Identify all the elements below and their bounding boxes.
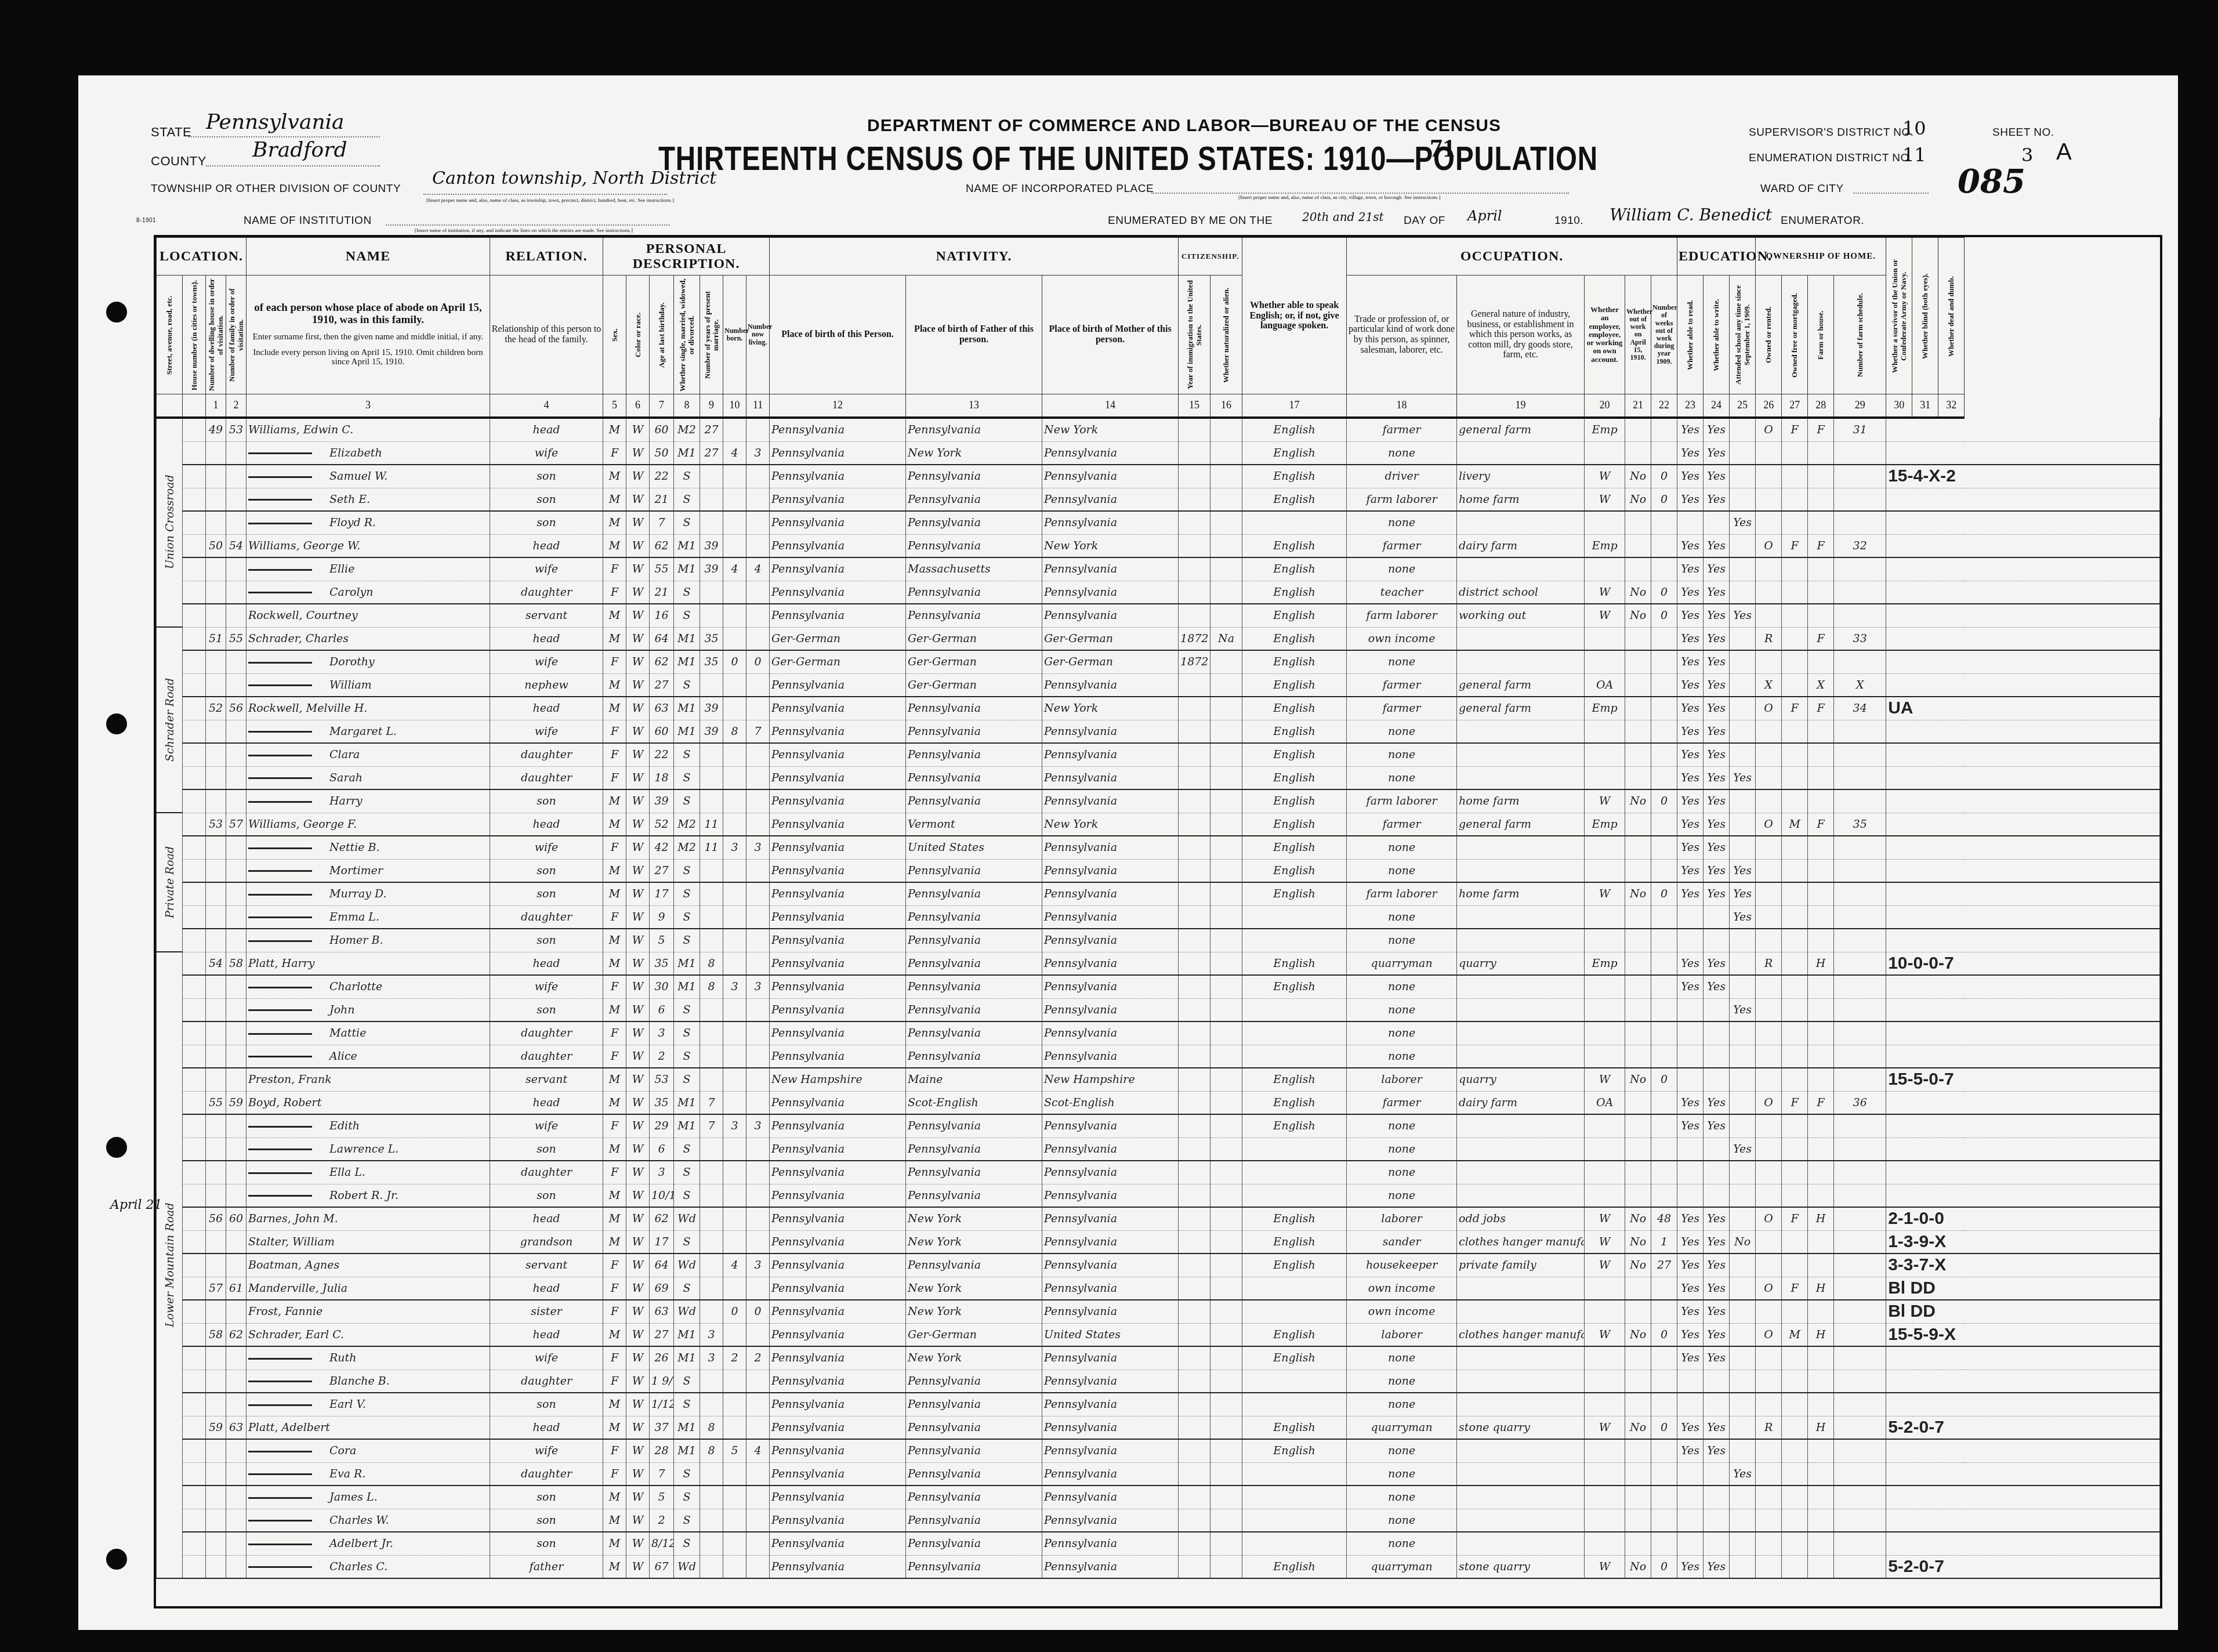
fh-cell: H	[1808, 1207, 1834, 1230]
read-cell: Yes	[1677, 1230, 1704, 1254]
person-name: Platt, Harry	[247, 952, 490, 975]
table-row: Eva R.daughterFW7SPennsylvaniaPennsylvan…	[157, 1462, 2160, 1486]
sched-cell	[1834, 1509, 1886, 1532]
marital-cell: S	[674, 743, 700, 766]
yrs-cell: 8	[700, 1416, 723, 1439]
nat-cell	[1211, 1509, 1242, 1532]
race-cell: W	[626, 1486, 650, 1509]
bp-cell: Pennsylvania	[770, 766, 906, 789]
sched-cell: X	[1834, 673, 1886, 697]
column-number	[157, 394, 183, 418]
house-number-cell	[183, 1300, 206, 1323]
sch-cell	[1730, 581, 1756, 604]
bpm-cell: New York	[1042, 697, 1179, 720]
bp-cell: Pennsylvania	[770, 1207, 906, 1230]
write-cell: Yes	[1704, 1091, 1730, 1114]
house-number-cell	[183, 581, 206, 604]
house-number-cell	[183, 673, 206, 697]
tally-cell	[1886, 418, 2160, 441]
tally-cell	[1886, 1532, 2160, 1555]
lang-cell	[1242, 1277, 1347, 1300]
bpf-cell: Maine	[906, 1068, 1042, 1091]
trade-cell: none	[1347, 650, 1457, 673]
age-cell: 62	[650, 650, 674, 673]
write-cell: Yes	[1704, 673, 1730, 697]
bpf-cell: Pennsylvania	[906, 1137, 1042, 1161]
fh-cell	[1808, 1184, 1834, 1207]
write-cell: Yes	[1704, 1207, 1730, 1230]
read-cell: Yes	[1677, 697, 1704, 720]
marital-cell: M1	[674, 534, 700, 557]
bpf-cell: Pennsylvania	[906, 581, 1042, 604]
oow-cell: No	[1625, 789, 1651, 813]
living-cell: 7	[746, 720, 770, 743]
read-cell	[1677, 1486, 1704, 1509]
oow-cell	[1625, 1161, 1651, 1184]
sch-cell	[1730, 1207, 1756, 1230]
race-cell: W	[626, 1346, 650, 1370]
table-row: 5862Schrader, Earl C.headMW27M13Pennsylv…	[157, 1323, 2160, 1346]
own-cell	[1756, 465, 1782, 488]
emp-cell	[1585, 441, 1625, 465]
bp-cell: Pennsylvania	[770, 836, 906, 859]
sch-cell	[1730, 975, 1756, 998]
lang-cell	[1242, 1486, 1347, 1509]
sex-cell: M	[603, 882, 626, 905]
read-cell	[1677, 1021, 1704, 1045]
race-cell: W	[626, 766, 650, 789]
industry-cell	[1457, 998, 1585, 1021]
living-cell	[746, 882, 770, 905]
yrs-cell: 27	[700, 441, 723, 465]
person-name: Margaret L.	[247, 720, 490, 743]
oow-cell: No	[1625, 465, 1651, 488]
fh-cell	[1808, 1346, 1834, 1370]
family-cell: 53	[226, 418, 247, 441]
dwelling-cell	[206, 1254, 226, 1277]
industry-cell	[1457, 557, 1585, 581]
family-cell: 63	[226, 1416, 247, 1439]
born-cell	[723, 1462, 746, 1486]
industry-cell	[1457, 836, 1585, 859]
family-cell	[226, 1346, 247, 1370]
yrs-cell: 35	[700, 627, 723, 650]
imm-cell	[1179, 766, 1211, 789]
emp-cell: W	[1585, 1323, 1625, 1346]
age-cell: 69	[650, 1277, 674, 1300]
person-name: Blanche B.	[247, 1370, 490, 1393]
house-number-cell	[183, 789, 206, 813]
yrs-cell	[700, 1230, 723, 1254]
fh-cell: F	[1808, 627, 1834, 650]
trade-cell: none	[1347, 1346, 1457, 1370]
imm-cell	[1179, 697, 1211, 720]
dwelling-cell	[206, 488, 226, 511]
write-cell: Yes	[1704, 1114, 1730, 1137]
read-cell	[1677, 1532, 1704, 1555]
column-number: 9	[700, 394, 723, 418]
nat-cell	[1211, 1393, 1242, 1416]
dwelling-cell	[206, 929, 226, 952]
family-cell: 61	[226, 1277, 247, 1300]
sched-cell	[1834, 882, 1886, 905]
table-row: Earl V.sonMW1/12SPennsylvaniaPennsylvani…	[157, 1393, 2160, 1416]
emp-cell	[1585, 766, 1625, 789]
ditto-dash	[248, 1009, 312, 1011]
binder-hole	[106, 1549, 127, 1570]
form-code: 8-1901	[136, 218, 156, 224]
trade-cell: teacher	[1347, 581, 1457, 604]
bpm-cell: New York	[1042, 813, 1179, 836]
fh-cell	[1808, 1114, 1834, 1137]
sex-cell: M	[603, 1230, 626, 1254]
nat-cell	[1211, 836, 1242, 859]
tally-cell	[1886, 650, 2160, 673]
given-name: Lawrence L.	[329, 1143, 398, 1155]
table-row: Nettie B.wifeFW42M21133PennsylvaniaUnite…	[157, 836, 2160, 859]
lang-cell	[1242, 1021, 1347, 1045]
nat-cell	[1211, 1439, 1242, 1462]
bp-cell: Pennsylvania	[770, 418, 906, 441]
lang-cell: English	[1242, 766, 1347, 789]
sched-cell: 33	[1834, 627, 1886, 650]
write-cell	[1704, 1532, 1730, 1555]
sched-cell	[1834, 1416, 1886, 1439]
write-cell: Yes	[1704, 952, 1730, 975]
page-title: THIRTEENTH CENSUS OF THE UNITED STATES: …	[658, 139, 1598, 178]
yrs-cell	[700, 673, 723, 697]
industry-cell	[1457, 1045, 1585, 1068]
nat-cell	[1211, 1045, 1242, 1068]
emp-cell	[1585, 1393, 1625, 1416]
trade-cell: none	[1347, 859, 1457, 882]
emp-cell	[1585, 1184, 1625, 1207]
house-number-cell	[183, 441, 206, 465]
ditto-dash	[248, 894, 312, 896]
read-cell: Yes	[1677, 627, 1704, 650]
given-name: Mattie	[329, 1027, 366, 1039]
person-name: Cora	[247, 1439, 490, 1462]
write-cell: Yes	[1704, 1555, 1730, 1578]
sex-cell: M	[603, 604, 626, 627]
sex-cell: M	[603, 1323, 626, 1346]
bp-cell: Pennsylvania	[770, 998, 906, 1021]
tally-cell	[1886, 1393, 2160, 1416]
race-cell: W	[626, 1439, 650, 1462]
given-name: George F.	[303, 818, 357, 831]
fh-cell: H	[1808, 1323, 1834, 1346]
industry-cell: working out	[1457, 604, 1585, 627]
sex-cell: M	[603, 1137, 626, 1161]
race-cell: W	[626, 1137, 650, 1161]
given-name: Carolyn	[329, 586, 373, 599]
imm-cell	[1179, 905, 1211, 929]
dwelling-cell	[206, 557, 226, 581]
bpm-cell: Pennsylvania	[1042, 766, 1179, 789]
fm-cell: F	[1782, 1091, 1808, 1114]
person-name: Charlotte	[247, 975, 490, 998]
bpf-cell: Pennsylvania	[906, 465, 1042, 488]
bp-cell: Pennsylvania	[770, 673, 906, 697]
person-name: Boatman, Agnes	[247, 1254, 490, 1277]
imm-cell	[1179, 1393, 1211, 1416]
nat-cell	[1211, 1068, 1242, 1091]
imm-cell	[1179, 1184, 1211, 1207]
marital-cell: S	[674, 1370, 700, 1393]
table-row: Ella L.daughterFW3SPennsylvaniaPennsylva…	[157, 1161, 2160, 1184]
table-row: Private Road5357Williams, George F.headM…	[157, 813, 2160, 836]
wks-cell	[1651, 1486, 1677, 1509]
tally-cell	[1886, 929, 2160, 952]
age-cell: 53	[650, 1068, 674, 1091]
surname: Williams,	[248, 423, 300, 436]
race-cell: W	[626, 1021, 650, 1045]
street-name: Private Road	[157, 813, 183, 952]
emp-cell: Emp	[1585, 813, 1625, 836]
table-row: Adelbert Jr.sonMW8/12SPennsylvaniaPennsy…	[157, 1532, 2160, 1555]
bp-cell: Pennsylvania	[770, 1254, 906, 1277]
own-cell	[1756, 1114, 1782, 1137]
bpm-cell: Pennsylvania	[1042, 743, 1179, 766]
wks-cell: 0	[1651, 882, 1677, 905]
tally-cell	[1886, 1370, 2160, 1393]
wks-cell: 48	[1651, 1207, 1677, 1230]
oow-cell	[1625, 1137, 1651, 1161]
marital-cell: M1	[674, 975, 700, 998]
yrs-cell: 35	[700, 650, 723, 673]
industry-cell	[1457, 511, 1585, 534]
ditto-dash	[248, 987, 312, 988]
rel-cell: daughter	[490, 766, 603, 789]
born-cell	[723, 813, 746, 836]
age-cell: 6	[650, 998, 674, 1021]
dwelling-cell	[206, 998, 226, 1021]
yrs-cell: 11	[700, 836, 723, 859]
lang-cell	[1242, 1161, 1347, 1184]
nat-cell	[1211, 1555, 1242, 1578]
sched-cell	[1834, 604, 1886, 627]
rel-cell: head	[490, 1416, 603, 1439]
living-cell	[746, 1137, 770, 1161]
given-name: Clara	[329, 748, 360, 761]
industry-cell	[1457, 1184, 1585, 1207]
fm-cell	[1782, 511, 1808, 534]
bpf-cell: Pennsylvania	[906, 1555, 1042, 1578]
given-name: Agnes	[305, 1259, 339, 1271]
read-cell	[1677, 1045, 1704, 1068]
read-cell	[1677, 1137, 1704, 1161]
fh-cell	[1808, 1021, 1834, 1045]
sched-cell	[1834, 557, 1886, 581]
family-cell: 62	[226, 1323, 247, 1346]
table-row: MortimersonMW27SPennsylvaniaPennsylvania…	[157, 859, 2160, 882]
family-cell	[226, 441, 247, 465]
sex-cell: F	[603, 743, 626, 766]
bpf-cell: Pennsylvania	[906, 511, 1042, 534]
occupation-header: OCCUPATION.	[1347, 238, 1677, 276]
read-cell: Yes	[1677, 650, 1704, 673]
marital-cell: S	[674, 998, 700, 1021]
age-cell: 6	[650, 1137, 674, 1161]
living-cell	[746, 743, 770, 766]
tally-cell	[1886, 975, 2160, 998]
bp-cell: Pennsylvania	[770, 557, 906, 581]
person-name: Frost, Fannie	[247, 1300, 490, 1323]
ditto-dash	[248, 476, 312, 478]
bp-cell: Pennsylvania	[770, 1555, 906, 1578]
sch-cell	[1730, 720, 1756, 743]
race-cell: W	[626, 1207, 650, 1230]
born-cell	[723, 604, 746, 627]
enumeration-label: Enumeration District No.	[1749, 152, 1913, 165]
living-cell: 3	[746, 1254, 770, 1277]
fh-cell	[1808, 1439, 1834, 1462]
bpm-cell: Pennsylvania	[1042, 1393, 1179, 1416]
write-cell	[1704, 1462, 1730, 1486]
marital-cell: Wd	[674, 1555, 700, 1578]
house-number-cell	[183, 836, 206, 859]
family-cell	[226, 673, 247, 697]
fh-cell	[1808, 1137, 1834, 1161]
wks-cell: 0	[1651, 1416, 1677, 1439]
house-number-cell	[183, 1114, 206, 1137]
family-cell	[226, 1254, 247, 1277]
farm-house-header: Farm or house.	[1808, 276, 1834, 394]
fh-cell: F	[1808, 697, 1834, 720]
bpm-cell: Pennsylvania	[1042, 673, 1179, 697]
read-cell	[1677, 1462, 1704, 1486]
fh-cell	[1808, 1300, 1834, 1323]
race-cell: W	[626, 604, 650, 627]
oow-cell	[1625, 627, 1651, 650]
age-cell: 2	[650, 1045, 674, 1068]
dwelling-cell	[206, 789, 226, 813]
race-cell: W	[626, 441, 650, 465]
fm-cell	[1782, 836, 1808, 859]
wks-cell	[1651, 1137, 1677, 1161]
column-number: 3	[247, 394, 490, 418]
lang-cell: English	[1242, 1439, 1347, 1462]
wks-cell	[1651, 1277, 1677, 1300]
born-cell	[723, 1323, 746, 1346]
family-cell	[226, 1300, 247, 1323]
fm-cell: M	[1782, 1323, 1808, 1346]
wks-cell	[1651, 1114, 1677, 1137]
tally-cell: UA	[1886, 697, 2160, 720]
living-cell	[746, 1161, 770, 1184]
school-header: Attended school any time since September…	[1730, 276, 1756, 394]
given-name: Sarah	[329, 771, 363, 784]
table-row: DorothywifeFW62M13500Ger-GermanGer-Germa…	[157, 650, 2160, 673]
sch-cell	[1730, 813, 1756, 836]
imm-cell	[1179, 581, 1211, 604]
born-cell	[723, 488, 746, 511]
industry-cell	[1457, 929, 1585, 952]
column-number: 27	[1782, 394, 1808, 418]
race-cell: W	[626, 1114, 650, 1137]
industry-cell	[1457, 1462, 1585, 1486]
age-cell: 27	[650, 1323, 674, 1346]
emp-cell: W	[1585, 1254, 1625, 1277]
person-name: Floyd R.	[247, 511, 490, 534]
person-name: Emma L.	[247, 905, 490, 929]
yrs-cell	[700, 905, 723, 929]
nat-cell	[1211, 1161, 1242, 1184]
industry-cell: clothes hanger manufactory	[1457, 1323, 1585, 1346]
yrs-cell	[700, 1137, 723, 1161]
bpf-cell: Pennsylvania	[906, 789, 1042, 813]
age-cell: 16	[650, 604, 674, 627]
house-number-cell	[183, 859, 206, 882]
bp-cell: Pennsylvania	[770, 1532, 906, 1555]
house-number-cell	[183, 1346, 206, 1370]
write-cell: Yes	[1704, 581, 1730, 604]
living-cell	[746, 465, 770, 488]
lang-cell: English	[1242, 1068, 1347, 1091]
fh-cell	[1808, 1230, 1834, 1254]
person-name: Lawrence L.	[247, 1137, 490, 1161]
lang-cell	[1242, 1532, 1347, 1555]
imm-cell	[1179, 511, 1211, 534]
emp-cell: Emp	[1585, 418, 1625, 441]
wks-cell	[1651, 1045, 1677, 1068]
table-row: ElizabethwifeFW50M12743PennsylvaniaNew Y…	[157, 441, 2160, 465]
years-married-header: Number of years of present marriage.	[700, 276, 723, 394]
given-name: William	[329, 679, 372, 691]
own-cell	[1756, 998, 1782, 1021]
imm-cell	[1179, 1114, 1211, 1137]
nat-cell	[1211, 418, 1242, 441]
birth-mother-header: Place of birth of Mother of this person.	[1042, 276, 1179, 394]
dwelling-cell	[206, 1161, 226, 1184]
given-name: Harry	[282, 957, 315, 970]
blind-header: Whether blind (both eyes).	[1912, 238, 1938, 394]
living-cell	[746, 859, 770, 882]
nat-cell	[1211, 1091, 1242, 1114]
sched-cell	[1834, 836, 1886, 859]
sched-cell: 32	[1834, 534, 1886, 557]
oow-cell	[1625, 1346, 1651, 1370]
tally-cell	[1886, 1045, 2160, 1068]
industry-cell	[1457, 905, 1585, 929]
dwelling-cell	[206, 465, 226, 488]
sch-cell: Yes	[1730, 998, 1756, 1021]
sheet-side: A	[2056, 139, 2072, 165]
sched-cell	[1834, 975, 1886, 998]
tally-cell: Bl DD	[1886, 1277, 2160, 1300]
rel-cell: daughter	[490, 1161, 603, 1184]
living-cell	[746, 766, 770, 789]
sched-cell	[1834, 581, 1886, 604]
house-number-cell	[183, 534, 206, 557]
rel-cell: daughter	[490, 581, 603, 604]
fh-cell	[1808, 766, 1834, 789]
bpm-cell: Pennsylvania	[1042, 929, 1179, 952]
trade-cell: own income	[1347, 1300, 1457, 1323]
living-cell	[746, 1021, 770, 1045]
oow-cell: No	[1625, 1555, 1651, 1578]
person-name: Schrader, Charles	[247, 627, 490, 650]
supervisor-district: 10	[1902, 117, 1926, 139]
bpf-cell: Ger-German	[906, 1323, 1042, 1346]
living-cell	[746, 1068, 770, 1091]
sched-cell	[1834, 1254, 1886, 1277]
trade-cell: quarryman	[1347, 1416, 1457, 1439]
surname: Schrader,	[248, 632, 302, 645]
house-number-cell	[183, 720, 206, 743]
fh-cell: H	[1808, 1277, 1834, 1300]
name-header: NAME	[247, 238, 490, 276]
